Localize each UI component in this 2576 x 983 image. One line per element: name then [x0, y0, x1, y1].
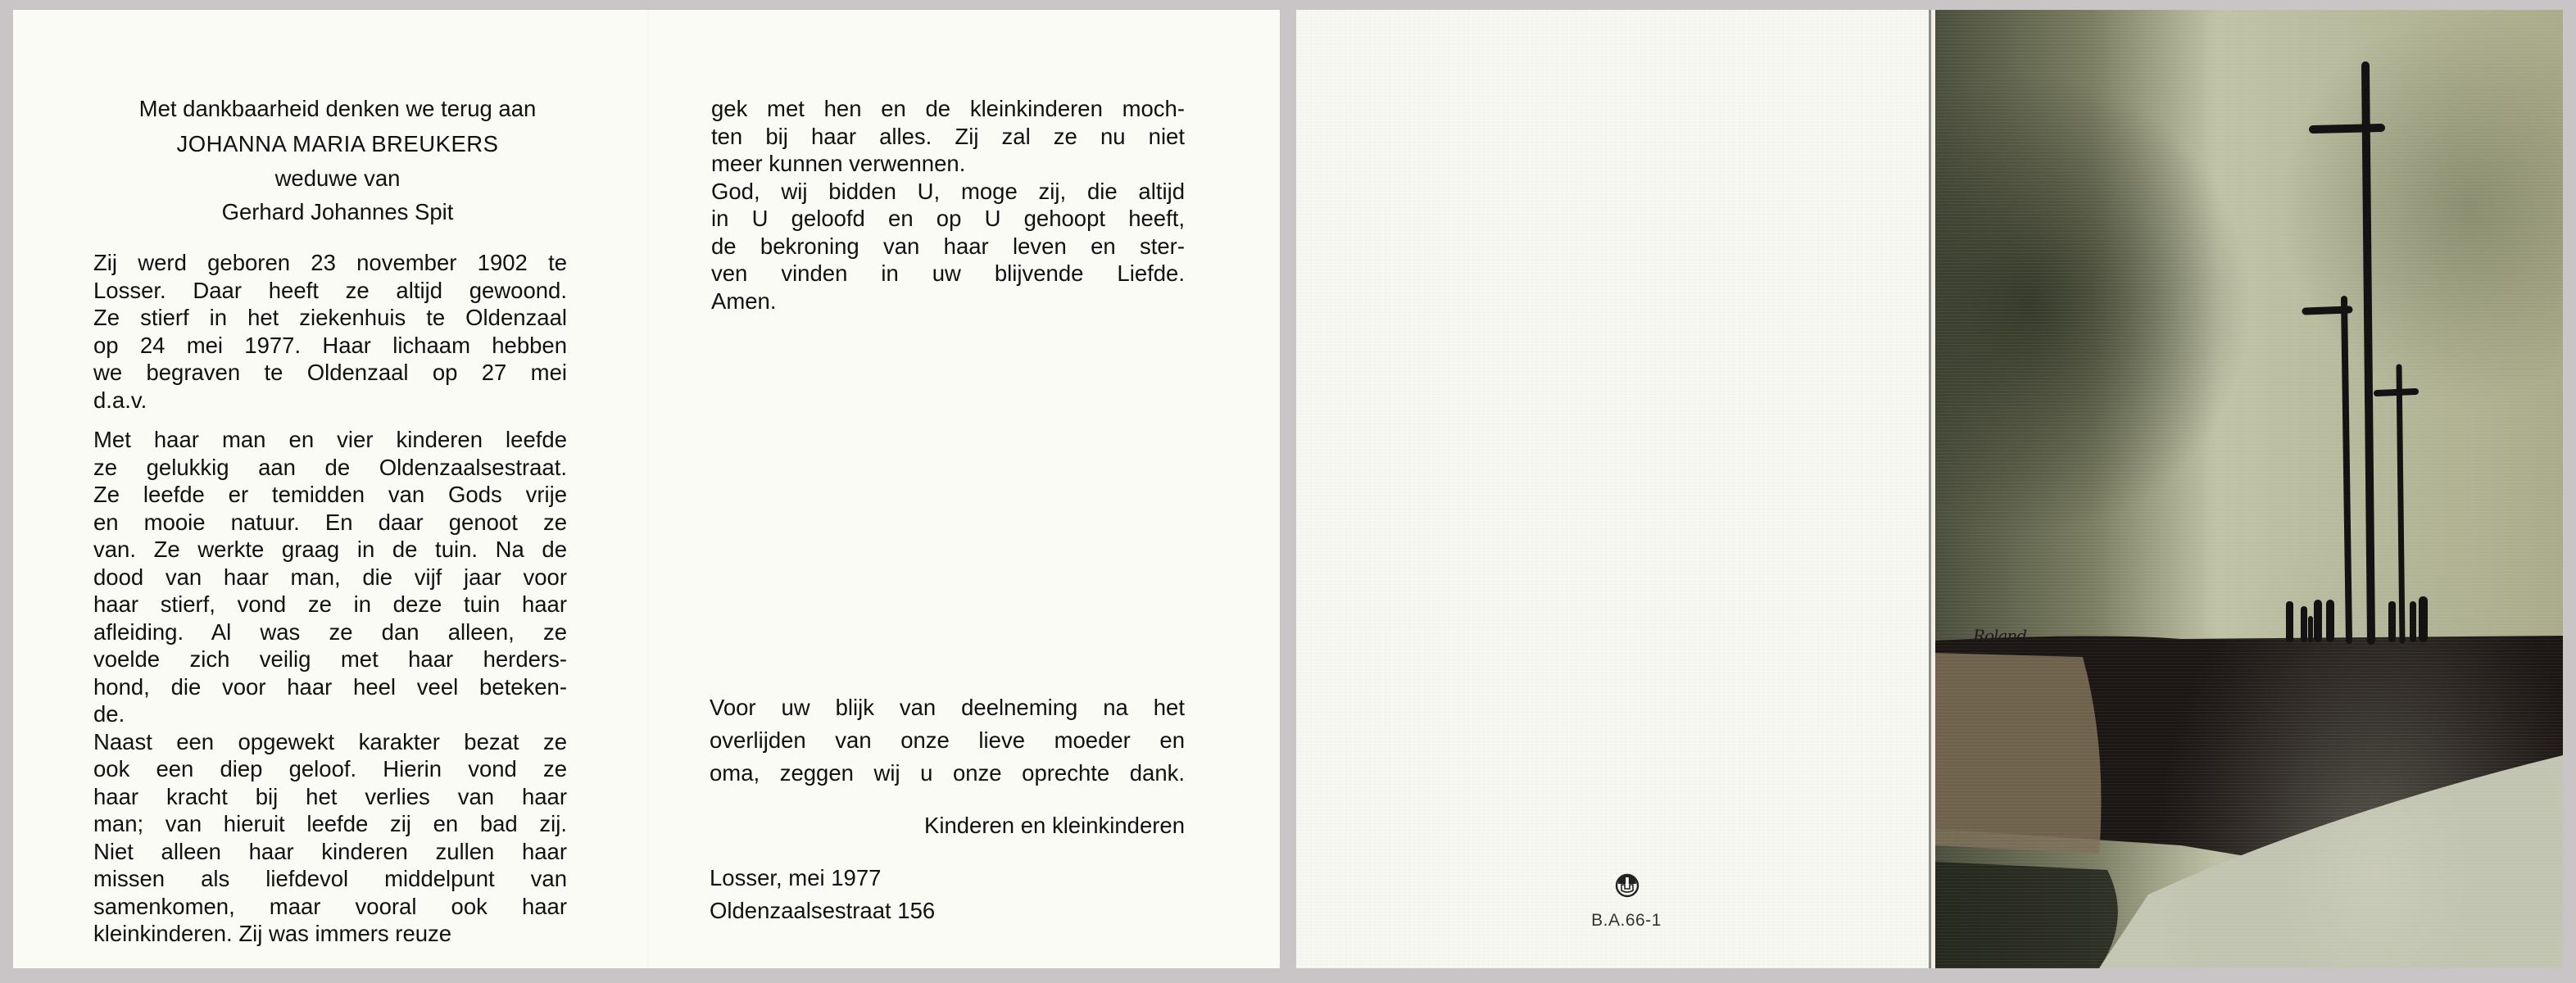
text-line: op 24 mei 1977. Haar lichaam hebben — [93, 332, 567, 360]
place-date: Losser, mei 1977 — [710, 862, 935, 895]
place-and-address: Losser, mei 1977 Oldenzaalsestraat 156 — [710, 862, 935, 927]
text-line: Niet alleen haar kinderen zullen haar — [93, 838, 567, 866]
text-line: meer kunnen verwennen. — [711, 150, 1185, 178]
text-line: ook een diep geloof. Hierin vond ze — [93, 755, 567, 783]
text-line: samenkomen, maar vooral ook haar — [93, 893, 567, 921]
artist-signature: Roland — [1973, 626, 2026, 646]
text-line: voelde zich veilig met haar herders- — [93, 646, 567, 673]
spouse-name: Gerhard Johannes Spit — [92, 198, 583, 226]
text-line: de. — [93, 700, 567, 728]
text-line: ten bij haar alles. Zij zal ze nu niet — [711, 123, 1185, 151]
memorial-heading: Met dankbaarheid denken we terug aan JOH… — [92, 95, 583, 225]
text-line: Voor uw blijk van deelneming na het — [710, 691, 1185, 724]
card-inside-spread: Met dankbaarheid denken we terug aan JOH… — [13, 10, 1280, 968]
signoff: Kinderen en kleinkinderen — [924, 813, 1185, 839]
prayer-text: God, wij bidden U, moge zij, die altijdi… — [711, 178, 1185, 315]
text-line: ven vinden in uw blijvende Liefde. — [711, 260, 1185, 288]
text-line: in U geloofd en op U gehoopt heeft, — [711, 205, 1185, 233]
text-line: oma, zeggen wij u onze oprechte dank. — [710, 757, 1185, 790]
card-outside-spread: B.A.66-1 — [1296, 10, 2563, 968]
intro-line: Met dankbaarheid denken we terug aan — [92, 95, 583, 123]
three-crosses-painting — [1935, 10, 2563, 968]
text-line: Met haar man en vier kinderen leefde — [93, 426, 567, 454]
text-line: haar kracht bij het verlies van haar — [93, 783, 567, 811]
inside-right-panel: gek met hen en de kleinkinderen moch-ten… — [649, 10, 1280, 968]
publisher-emblem-icon — [1615, 873, 1639, 898]
text-line: Naast een opgewekt karakter bezat ze — [93, 728, 567, 756]
text-line: dood van haar man, die vijf jaar voor — [93, 564, 567, 591]
biography: Zij werd geboren 23 november 1902 teLoss… — [93, 249, 567, 960]
bio-paragraph-life: Met haar man en vier kinderen leefdeze g… — [93, 426, 567, 728]
bio-paragraph-faith: Naast een opgewekt karakter bezat zeook … — [93, 728, 567, 948]
cover-artwork: Roland — [1935, 10, 2563, 968]
text-line: de bekroning van haar leven en ster- — [711, 233, 1185, 260]
back-cover: B.A.66-1 — [1296, 10, 1929, 968]
text-line: we begraven te Oldenzaal op 27 mei — [93, 359, 567, 387]
bio-paragraph-birth-death: Zij werd geboren 23 november 1902 teLoss… — [93, 249, 567, 414]
text-line: Ze leefde er temidden van Gods vrije — [93, 481, 567, 509]
text-line: man; van hieruit leefde zij en bad zij. — [93, 810, 567, 838]
text-line: hond, die voor haar heel veel beteken- — [93, 673, 567, 701]
text-line: afleiding. Al was ze dan alleen, ze — [93, 618, 567, 646]
text-line: overlijden van onze lieve moeder en — [710, 724, 1185, 757]
text-line: Losser. Daar heeft ze altijd gewoond. — [93, 277, 567, 305]
text-line: haar stierf, vond ze in deze tuin haar — [93, 591, 567, 618]
text-line: en mooie natuur. En daar genoot ze — [93, 509, 567, 537]
text-line: Ze stierf in het ziekenhuis te Oldenzaal — [93, 304, 567, 332]
inside-left-panel: Met dankbaarheid denken we terug aan JOH… — [13, 10, 647, 968]
text-line: Amen. — [711, 288, 1185, 315]
text-line: Zij werd geboren 23 november 1902 te — [93, 249, 567, 277]
widow-of-label: weduwe van — [92, 165, 583, 193]
text-line: gek met hen en de kleinkinderen moch- — [711, 95, 1185, 123]
thanks-text: Voor uw blijk van deelneming na hetoverl… — [710, 691, 1185, 790]
address: Oldenzaalsestraat 156 — [710, 895, 935, 927]
text-line: kleinkinderen. Zij was immers reuze — [93, 920, 567, 948]
continuation-text: gek met hen en de kleinkinderen moch-ten… — [711, 95, 1185, 178]
text-line: van. Ze werkte graag in de tuin. Na de — [93, 536, 567, 564]
text-line: God, wij bidden U, moge zij, die altijd — [711, 178, 1185, 206]
text-line: ze gelukkig aan de Oldenzaalsestraat. — [93, 454, 567, 482]
thanks-message: Voor uw blijk van deelneming na hetoverl… — [710, 691, 1185, 790]
deceased-name: JOHANNA MARIA BREUKERS — [92, 130, 583, 158]
text-line: missen als liefdevol middelpunt van — [93, 865, 567, 893]
publisher-code: B.A.66-1 — [1575, 911, 1678, 931]
text-line: d.a.v. — [93, 387, 567, 414]
biography-continuation: gek met hen en de kleinkinderen moch-ten… — [711, 95, 1185, 315]
